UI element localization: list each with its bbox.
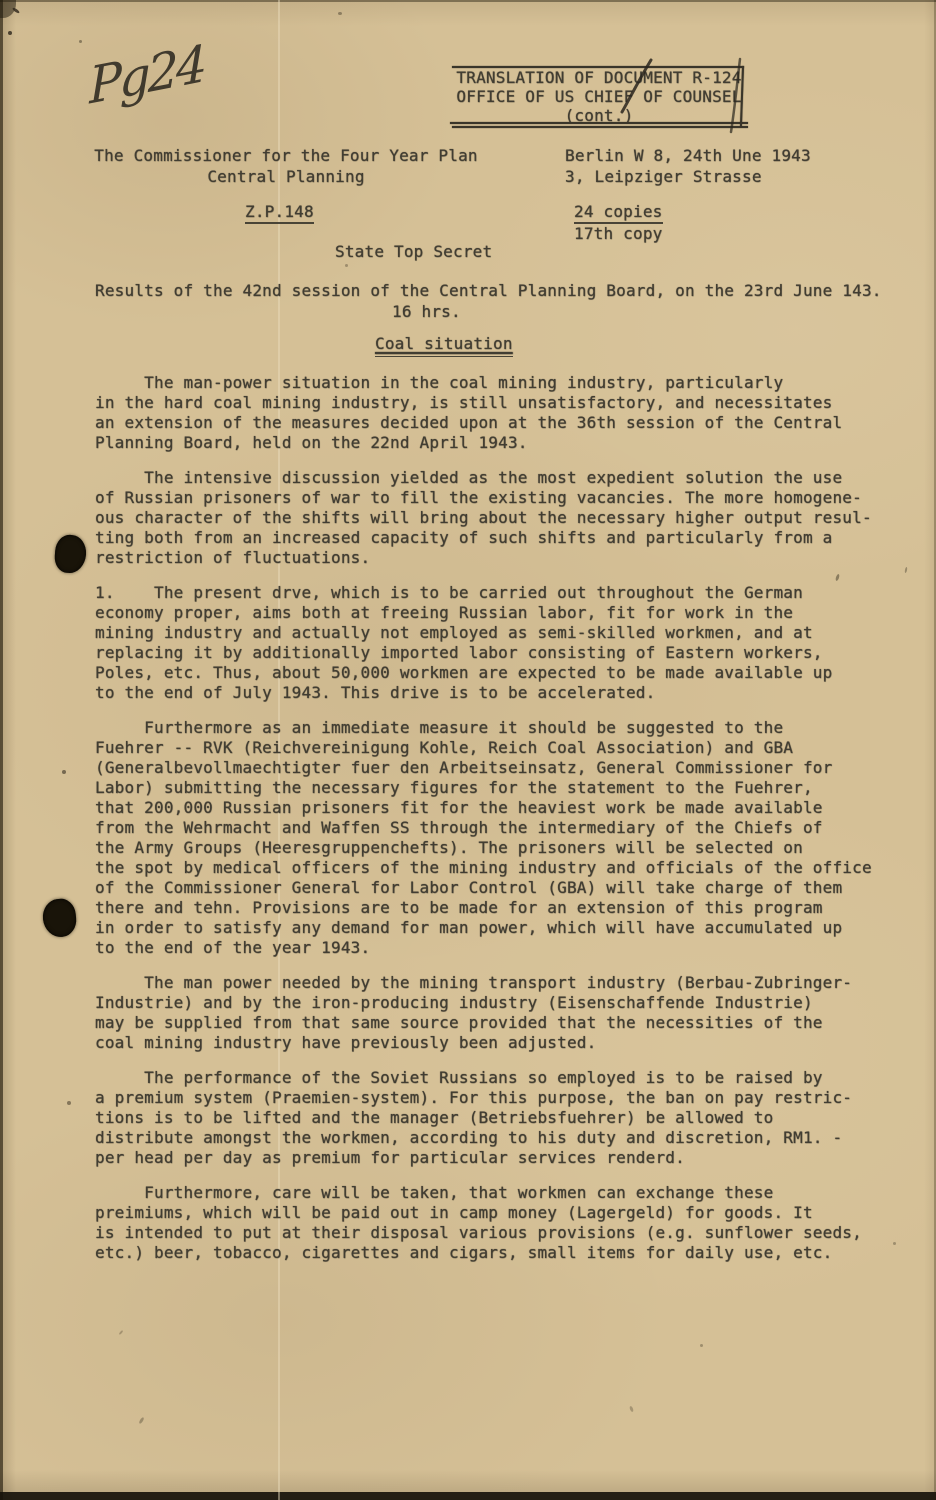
sender-dept: Central Planning [93,166,479,187]
hole-punch [54,534,88,574]
text-line: preimiums, which will be paid out in cam… [95,1203,895,1223]
text-line: tions is to be lifted and the manager (B… [95,1108,895,1128]
sender-block: The Commissioner for the Four Year Plan … [93,145,479,187]
text-line: ous character of the shifts will bring a… [95,508,895,528]
text-line: coal mining industry have previously bee… [95,1033,895,1053]
text-line: to the end of July 1943. This drive is t… [95,683,895,703]
scan-edge-top [0,0,936,2]
hole-punch [41,897,78,938]
text-line: from the Wehrmacht and Waffen SS through… [95,818,895,838]
text-line: Fuehrer -- RVK (Reichvereinigung Kohle, … [95,738,895,758]
text-line: ting both from an increased capacity of … [95,528,895,548]
scan-edge-bottom [0,1492,936,1500]
document-body: The man-power situation in the coal mini… [95,373,895,1263]
text-line: that 200,000 Russian prisoners fit for t… [95,798,895,818]
stamp-title: TRANSLATION OF DOCUMENT R-124 [450,68,748,87]
text-line: economy proper, aims both at freeing Rus… [95,603,895,623]
text-line: of the Commissioner General for Labor Co… [95,878,895,898]
text-line: an extension of the measures decided upo… [95,413,895,433]
text-line: to the end of the year 1943. [95,938,895,958]
reference-number: Z.P.148 [245,202,314,222]
handwritten-page-number: Pg24 [89,38,205,111]
text-line: in the hard coal mining industry, is sti… [95,393,895,413]
text-line: Planning Board, held on the 22nd April 1… [95,433,895,453]
scanned-document-page: Pg24 TRANSLATION OF DOCUMENT R-124 OFFIC… [0,0,936,1500]
text-line: is intended to put at their disposal var… [95,1223,895,1243]
text-line: Poles, etc. Thus, about 50,000 workmen a… [95,663,895,683]
paragraph: The man power needed by the mining trans… [95,973,895,1053]
text-line: in order to satisfy any demand for man p… [95,918,895,938]
paragraph: Furthermore as an immediate measure it s… [95,718,895,958]
paragraph: 1. The present drve, which is to be carr… [95,583,895,703]
text-line: The man-power situation in the coal mini… [95,373,895,393]
text-line: the Army Groups (Heeresgruppenchefts). T… [95,838,895,858]
text-line: restriction of fluctuations. [95,548,895,568]
paragraph: The intensive discussion yielded as the … [95,468,895,568]
paragraph: Furthermore, care will be taken, that wo… [95,1183,895,1263]
text-line: there and tehn. Provisions are to be mad… [95,898,895,918]
text-line: 1. The present drve, which is to be carr… [95,583,895,603]
text-line: a premium system (Praemien-system). For … [95,1088,895,1108]
text-line: The performance of the Soviet Russians s… [95,1068,895,1088]
paragraph: The man-power situation in the coal mini… [95,373,895,453]
text-line: per head per day as premium for particul… [95,1148,895,1168]
text-line: The man power needed by the mining trans… [95,973,895,993]
dateline-street: 3, Leipziger Strasse [565,166,811,187]
copies-total: 24 copies [574,202,663,224]
text-line: may be supplied from that same source pr… [95,1013,895,1033]
text-line: distribute amongst the workmen, accordin… [95,1128,895,1148]
sender-org: The Commissioner for the Four Year Plan [93,145,479,166]
text-line: (Generalbevollmaechtigter fuer den Arbei… [95,758,895,778]
text-line: Labor) submitting the necessary figures … [95,778,895,798]
text-line: replacing it by additionally imported la… [95,643,895,663]
section-heading: Coal situation [375,334,513,354]
stamp-rule-bottom [450,122,748,124]
text-line: etc.) beer, tobacco, cigarettes and ciga… [95,1243,895,1263]
copies-block: 24 copies 17th copy [574,201,663,245]
stamp-rule-bottom [452,126,748,128]
text-line: mining industry and actually not employe… [95,623,895,643]
dateline-block: Berlin W 8, 24th Une 1943 3, Leipziger S… [565,145,811,187]
dateline-city-date: Berlin W 8, 24th Une 1943 [565,145,811,166]
text-line: The intensive discussion yielded as the … [95,468,895,488]
stamp-office: OFFICE OF US CHIEF OF COUNSEL [450,87,748,106]
session-time: 16 hrs. [392,302,461,322]
copies-nth: 17th copy [574,223,663,245]
text-line: the spot by medical officers of the mini… [95,858,895,878]
text-line: Furthermore, care will be taken, that wo… [95,1183,895,1203]
paragraph: The performance of the Soviet Russians s… [95,1068,895,1168]
session-title: Results of the 42nd session of the Centr… [95,281,882,301]
scan-edge-left [0,0,3,1500]
text-line: of Russian prisoners of war to fill the … [95,488,895,508]
classification-label: State Top Secret [335,242,492,262]
text-line: Furthermore as an immediate measure it s… [95,718,895,738]
text-line: Industrie) and by the iron-producing ind… [95,993,895,1013]
